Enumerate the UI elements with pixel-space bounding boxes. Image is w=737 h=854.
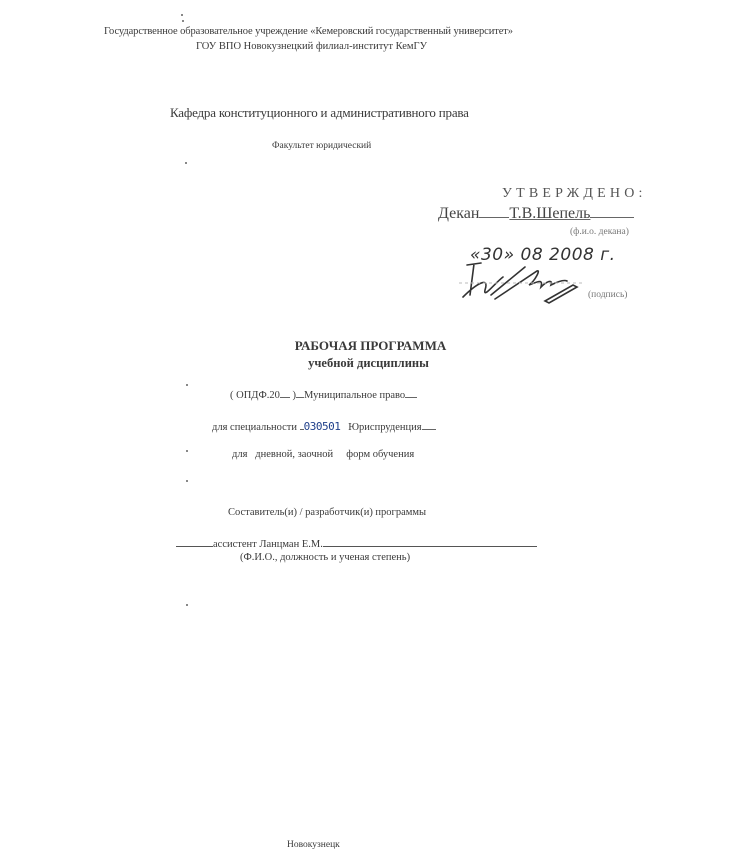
signature-icon bbox=[455, 255, 595, 310]
branch-line: ГОУ ВПО Новокузнецкий филиал-институт Ке… bbox=[196, 41, 427, 52]
discipline-code: ( ОПДФ.20 bbox=[230, 390, 280, 401]
signature-caption: (подпись) bbox=[588, 290, 627, 300]
compiler-label: Составитель(и) / разработчик(и) программ… bbox=[228, 507, 426, 518]
institution-line: Государственное образовательное учрежден… bbox=[104, 26, 513, 37]
study-forms: дневной, заочной bbox=[255, 449, 333, 460]
discipline-code-close: ) bbox=[290, 390, 296, 401]
city: Новокузнецк bbox=[287, 840, 340, 850]
author-name: ассистент Ланцман Е.М. bbox=[213, 539, 323, 550]
author-line: ассистент Ланцман Е.М. bbox=[176, 539, 537, 550]
dean-role: Декан bbox=[438, 205, 479, 222]
study-forms-suffix: форм обучения bbox=[346, 449, 414, 460]
speciality-code: 030501 bbox=[304, 420, 341, 433]
document-title: РАБОЧАЯ ПРОГРАММА bbox=[0, 338, 737, 354]
speciality-name: Юриспруденция bbox=[348, 422, 421, 433]
approval-stamp: УТВЕРЖДЕНО: bbox=[502, 186, 647, 202]
underline bbox=[323, 546, 537, 547]
document-subtitle: учебной дисциплины bbox=[0, 356, 737, 371]
underline bbox=[296, 397, 304, 398]
author-caption: (Ф.И.О., должность и ученая степень) bbox=[240, 552, 410, 563]
dean-name: Т.В.Шепель bbox=[509, 205, 590, 222]
scan-speck bbox=[186, 480, 188, 482]
speciality-label: для специальности bbox=[212, 422, 297, 433]
discipline-line: ( ОПДФ.20 )Муниципальное право bbox=[230, 390, 417, 401]
underline bbox=[590, 205, 634, 218]
discipline-name: Муниципальное право bbox=[304, 390, 405, 401]
scan-speck bbox=[182, 20, 184, 22]
dean-name-caption: (ф.и.о. декана) bbox=[570, 227, 629, 237]
scan-speck bbox=[186, 384, 188, 386]
underline bbox=[422, 429, 436, 430]
scan-speck bbox=[186, 450, 188, 452]
scan-speck bbox=[181, 14, 183, 16]
study-forms-prefix: для bbox=[232, 449, 247, 460]
underline bbox=[479, 205, 509, 218]
scan-speck bbox=[186, 604, 188, 606]
department: Кафедра конституционного и административ… bbox=[170, 105, 469, 121]
underline bbox=[176, 546, 213, 547]
dean-line: ДеканТ.В.Шепель bbox=[438, 205, 634, 223]
scan-speck bbox=[185, 162, 187, 164]
underline bbox=[405, 397, 417, 398]
underline bbox=[280, 397, 290, 398]
study-forms-line: для дневной, заочной форм обучения bbox=[232, 449, 414, 460]
speciality-line: для специальности 030501 Юриспруденция bbox=[212, 420, 436, 433]
faculty: Факультет юридический bbox=[272, 141, 371, 151]
